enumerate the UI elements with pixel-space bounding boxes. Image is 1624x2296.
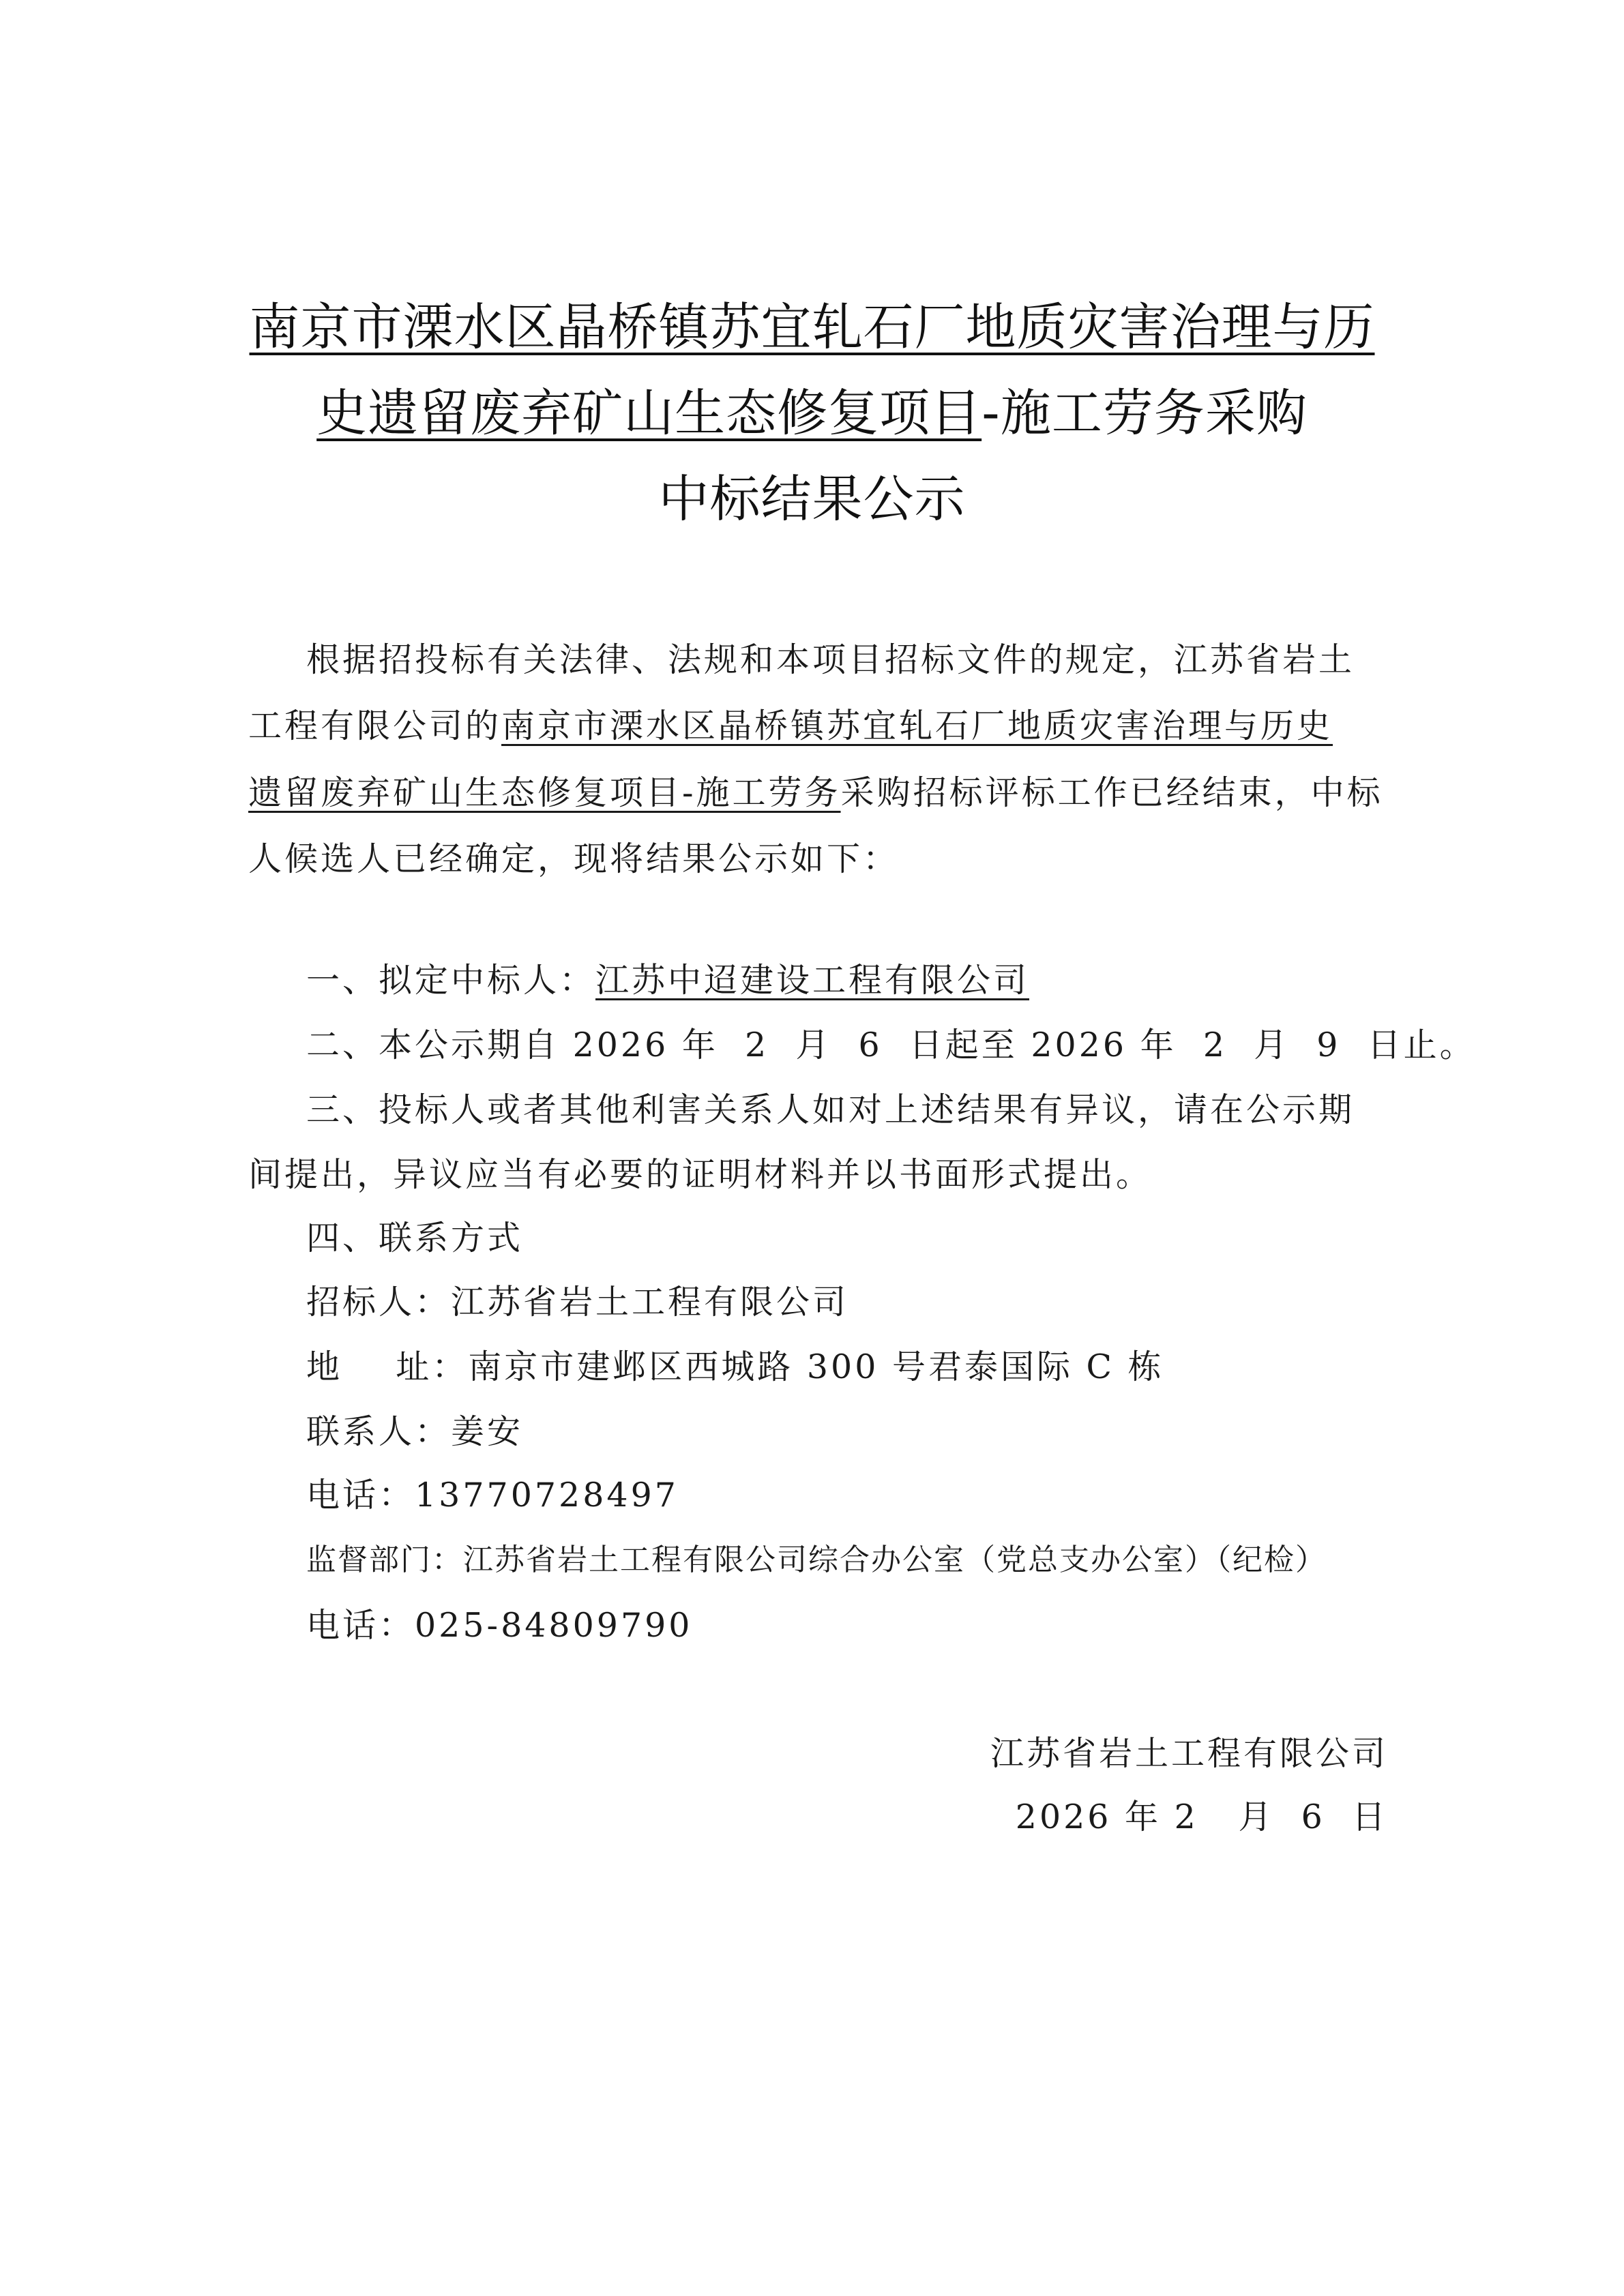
winning-bidder-name: 江苏中迢建设工程有限公司 xyxy=(595,961,1029,1000)
title-line-1: 南京市溧水区晶桥镇苏宜轧石厂地质灾害治理与历 xyxy=(0,293,1624,361)
address: 地 址：南京市建邺区西城路 300 号君泰国际 C 栋 xyxy=(306,1343,1446,1391)
project-name-part-2: 遗留废弃矿山生态修复项目-施工劳务 xyxy=(248,773,841,812)
tenderer: 招标人：江苏省岩土工程有限公司 xyxy=(306,1279,1446,1326)
title-line-1-text: 南京市溧水区晶桥镇苏宜轧石厂地质灾害治理与历 xyxy=(250,298,1375,357)
title-line-2: 史遗留废弃矿山生态修复项目-施工劳务采购 xyxy=(0,379,1624,447)
intro-line-3-rest: 采购招标评标工作已经结束，中标 xyxy=(841,773,1383,812)
intro-line-1: 根据招投标有关法律、法规和本项目招标文件的规定，江苏省岩土 xyxy=(306,636,1388,684)
item-1-label: 一、拟定中标人： xyxy=(306,961,595,1000)
project-name-part-1: 南京市溧水区晶桥镇苏宜轧石厂地质灾害治理与历史 xyxy=(501,706,1333,745)
item-4-contact-heading: 四、联系方式 xyxy=(306,1214,1446,1262)
item-1-winning-bidder: 一、拟定中标人：江苏中迢建设工程有限公司 xyxy=(306,957,1446,1004)
item-3-line-1: 三、投标人或者其他利害关系人如对上述结果有异议，请在公示期 xyxy=(306,1086,1446,1134)
intro-line-2: 工程有限公司的南京市溧水区晶桥镇苏宜轧石厂地质灾害治理与历史 xyxy=(248,702,1388,750)
item-2-publicity-period: 二、本公示期自 2026 年 2 月 6 日起至 2026 年 2 月 9 日止… xyxy=(306,1022,1446,1069)
title-line-3-text: 中标结果公示 xyxy=(659,470,966,528)
title-line-2-underlined: 史遗留废弃矿山生态修复项目 xyxy=(316,384,981,443)
title-line-3: 中标结果公示 xyxy=(0,465,1624,533)
intro-line-4: 人候选人已经确定，现将结果公示如下： xyxy=(248,835,1388,883)
title-line-2-rest: -施工劳务采购 xyxy=(981,384,1308,443)
intro-line-2-prefix: 工程有限公司的 xyxy=(248,706,501,745)
signature-company: 江苏省岩土工程有限公司 xyxy=(990,1730,1388,1778)
signature-date: 2026 年 2 月 6 日 xyxy=(1016,1793,1388,1841)
supervision-department: 监督部门：江苏省岩土工程有限公司综合办公室（党总支办公室）（纪检） xyxy=(306,1536,1446,1584)
contact-phone: 电话：13770728497 xyxy=(306,1472,1446,1519)
supervision-phone: 电话：025-84809790 xyxy=(306,1602,1446,1650)
item-3-line-2: 间提出，异议应当有必要的证明材料并以书面形式提出。 xyxy=(248,1151,1388,1199)
contact-person: 联系人：姜安 xyxy=(306,1408,1446,1456)
intro-line-3: 遗留废弃矿山生态修复项目-施工劳务采购招标评标工作已经结束，中标 xyxy=(248,769,1388,817)
